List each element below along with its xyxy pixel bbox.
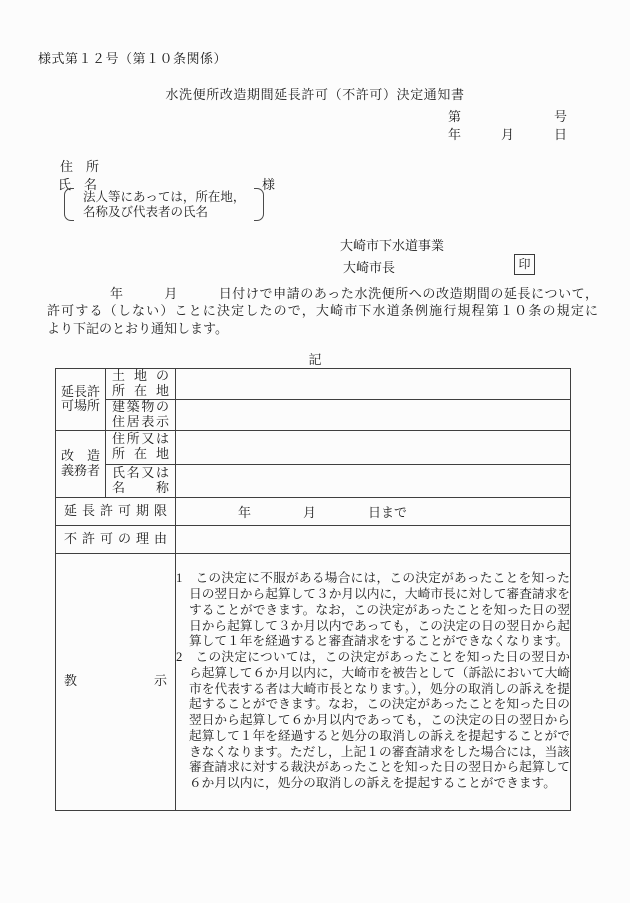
- date-day-label: 日: [554, 126, 567, 144]
- table-row: 延長許 可場所 土地の 所在地: [56, 369, 571, 400]
- sender-signer: 大崎市長: [343, 257, 395, 276]
- obligor-label-line: 義務者: [61, 464, 100, 479]
- instruction-value-cell: 1 この決定に不服がある場合には，この決定があったことを知った日の翌日から起算し…: [176, 553, 571, 810]
- body-paragraph: 年 月 日付けで申請のあった水洗便所への改造期間の延長について， 許可する（しな…: [47, 285, 598, 337]
- permit-place-label-cell: 延長許 可場所: [56, 369, 106, 431]
- corporate-note-line: 法人等にあっては，所在地，: [83, 190, 245, 205]
- instruction-label-cell: 教示: [56, 553, 176, 810]
- refusal-reason-label: 不許可の理由: [64, 532, 167, 547]
- body-line: より下記のとおり通知します。: [47, 320, 598, 337]
- date-line: 年 月 日: [448, 126, 567, 144]
- obligor-name-label-line: 名称: [112, 481, 169, 496]
- deadline-value-cell: 年 月 日まで: [176, 497, 571, 525]
- corporate-note-line: 名称及び代表者の氏名: [83, 205, 245, 220]
- doc-number-suffix: 号: [554, 108, 567, 126]
- corporate-note-text: 法人等にあっては，所在地， 名称及び代表者の氏名: [74, 188, 254, 221]
- left-bracket-icon: [64, 188, 74, 221]
- table-row: 氏名又は 名称: [56, 464, 571, 497]
- obligor-address-value-cell: [176, 430, 571, 464]
- building-address-value-cell: [176, 399, 571, 430]
- seal-stamp-box: 印: [514, 254, 535, 275]
- table-row: 改造 義務者 住所又は 所在地: [56, 430, 571, 464]
- obligor-name-label-cell: 氏名又は 名称: [106, 464, 176, 497]
- permit-place-label-line: 可場所: [61, 399, 100, 414]
- document-page: 様式第１２号（第１０条関係） 水洗便所改造期間延長許可（不許可）決定通知書 第 …: [0, 0, 630, 903]
- land-location-label-cell: 土地の 所在地: [106, 369, 176, 400]
- date-year-label: 年: [448, 126, 461, 144]
- land-location-label-line: 土地の: [112, 369, 169, 384]
- table-row: 不許可の理由: [56, 525, 571, 553]
- instruction-item: 2 この決定については，この決定があったことを知った日の翌日から起算して６か月以…: [176, 650, 570, 792]
- obligor-name-label-line: 氏名又は: [112, 466, 169, 481]
- building-address-label-line: 住居表示: [112, 415, 169, 430]
- body-line: 年 月 日付けで申請のあった水洗便所への改造期間の延長について，: [47, 285, 598, 302]
- refusal-reason-value-cell: [176, 525, 571, 553]
- building-address-label-cell: 建築物の 住居表示: [106, 399, 176, 430]
- right-bracket-icon: [254, 188, 264, 221]
- sender-organization: 大崎市下水道事業: [340, 235, 444, 254]
- corporate-note: 法人等にあっては，所在地， 名称及び代表者の氏名: [64, 188, 264, 221]
- doc-number-date-block: 第 号 年 月 日: [448, 108, 567, 143]
- obligor-address-label-line: 住所又は: [112, 432, 169, 447]
- land-location-value-cell: [176, 369, 571, 400]
- deadline-label-cell: 延長許可期限: [56, 497, 176, 525]
- instruction-item: 1 この決定に不服がある場合には，この決定があったことを知った日の翌日から起算し…: [176, 571, 570, 650]
- record-mark: 記: [0, 349, 630, 368]
- obligor-label-cell: 改造 義務者: [56, 430, 106, 497]
- instruction-label: 教示: [64, 674, 167, 689]
- table-row: 教示 1 この決定に不服がある場合には，この決定があったことを知った日の翌日から…: [56, 553, 571, 810]
- doc-number-line: 第 号: [448, 108, 567, 126]
- doc-number-prefix: 第: [448, 108, 461, 126]
- addressee-address-label: 住 所: [60, 156, 99, 175]
- refusal-reason-label-cell: 不許可の理由: [56, 525, 176, 553]
- notification-details-table: 延長許 可場所 土地の 所在地 建築物の 住居表示 改造 義: [55, 368, 571, 811]
- permit-place-label-line: 延長許: [61, 385, 100, 400]
- body-line: 許可する（しない）ことに決定したので，大崎市下水道条例施行規程第１０条の規定に: [47, 302, 598, 319]
- obligor-address-label-cell: 住所又は 所在地: [106, 430, 176, 464]
- form-number: 様式第１２号（第１０条関係）: [38, 48, 227, 67]
- obligor-name-value-cell: [176, 464, 571, 497]
- date-month-label: 月: [501, 126, 514, 144]
- obligor-label-line: 改造: [61, 449, 100, 464]
- deadline-label: 延長許可期限: [64, 504, 167, 519]
- obligor-address-label-line: 所在地: [112, 447, 169, 462]
- land-location-label-line: 所在地: [112, 384, 169, 399]
- building-address-label-line: 建築物の: [112, 400, 169, 415]
- table-row: 建築物の 住居表示: [56, 399, 571, 430]
- page-title: 水洗便所改造期間延長許可（不許可）決定通知書: [0, 84, 630, 103]
- table-row: 延長許可期限 年 月 日まで: [56, 497, 571, 525]
